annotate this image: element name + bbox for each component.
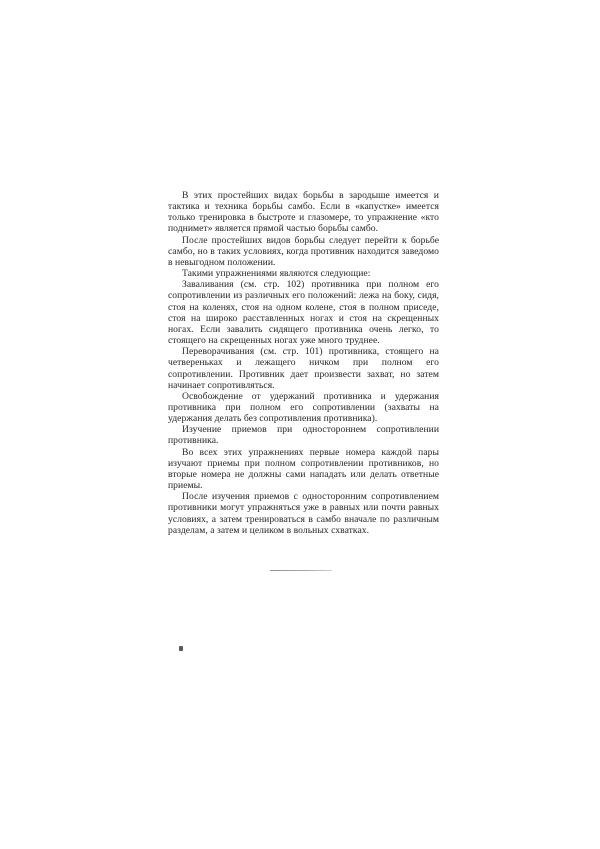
paragraph: После изучения приемов с односторонним с… [168,491,439,536]
book-page: В этих простейших видах борьбы в зародыш… [0,0,600,849]
ink-speck [179,646,183,651]
paragraph: Переворачивания (см. стр. 101) противник… [168,346,439,391]
paragraph: Такими упражнениями являются следующие: [168,268,439,279]
section-divider [270,570,332,571]
text-block: В этих простейших видах борьбы в зародыш… [168,190,439,536]
paragraph: Заваливания (см. стр. 102) противника пр… [168,279,439,346]
paragraph: Освобождение от удержаний противника и у… [168,391,439,424]
paragraph: В этих простейших видах борьбы в зародыш… [168,190,439,235]
paragraph: Во всех этих упражнениях первые номера к… [168,447,439,492]
paragraph: Изучение приемов при одностороннем сопро… [168,424,439,446]
paragraph: После простейших видов борьбы следует пе… [168,235,439,268]
